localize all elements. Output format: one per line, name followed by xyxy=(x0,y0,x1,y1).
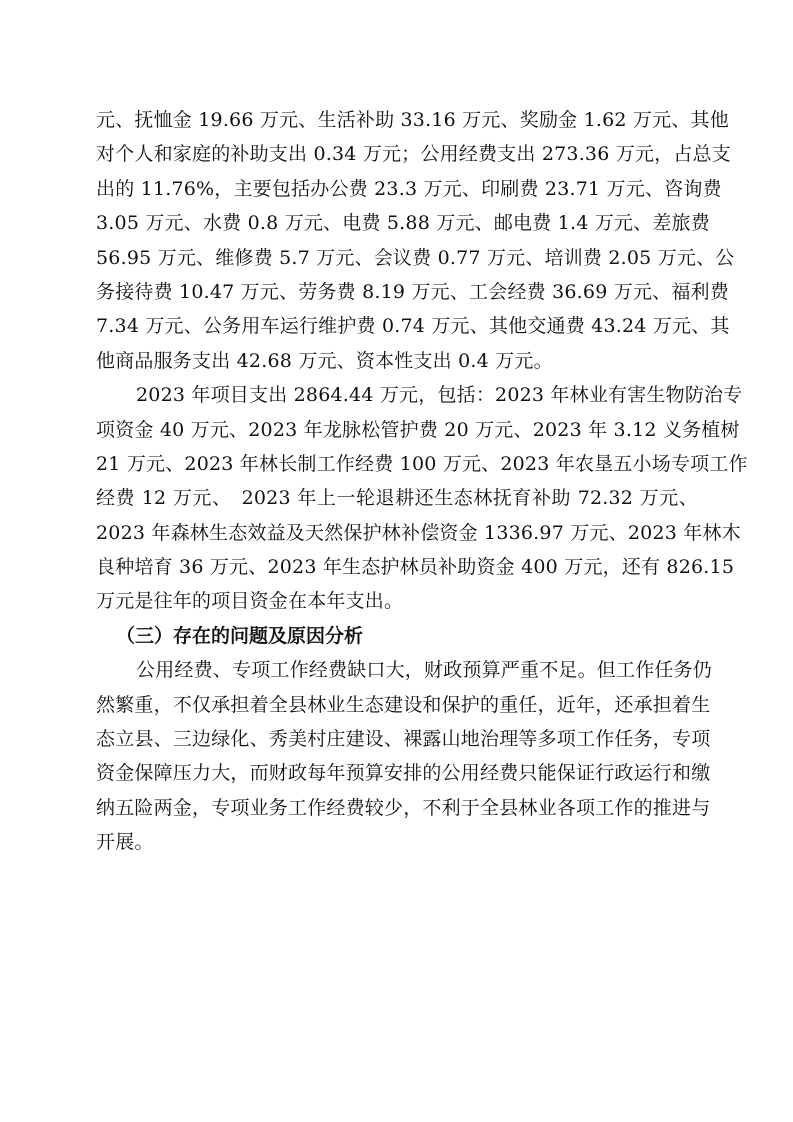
text-line: 公用经费、专项工作经费缺口大，财政预算严重不足。但工作任务仍 xyxy=(96,653,698,687)
text-line: 开展。 xyxy=(96,825,698,859)
paragraph-public-expenses: 元、抚恤金 19.66 万元、生活补助 33.16 万元、奖励金 1.62 万元… xyxy=(96,103,698,378)
text-line: 态立县、三边绿化、秀美村庄建设、裸露山地治理等多项工作任务，专项 xyxy=(96,722,698,756)
text-line: 资金保障压力大，而财政每年预算安排的公用经费只能保证行政运行和缴 xyxy=(96,756,698,790)
text-line: 良种培育 36 万元、2023 年生态护林员补助资金 400 万元，还有 826… xyxy=(96,550,698,584)
text-line: 他商品服务支出 42.68 万元、资本性支出 0.4 万元。 xyxy=(96,344,698,378)
text-line: 万元是往年的项目资金在本年支出。 xyxy=(96,584,698,618)
text-line: 纳五险两金，专项业务工作经费较少，不利于全县林业各项工作的推进与 xyxy=(96,791,698,825)
text-line: 2023 年森林生态效益及天然保护林补偿资金 1336.97 万元、2023 年… xyxy=(96,516,698,550)
text-line: 务接待费 10.47 万元、劳务费 8.19 万元、工会经费 36.69 万元、… xyxy=(96,275,698,309)
text-line: 2023 年项目支出 2864.44 万元，包括：2023 年林业有害生物防治专 xyxy=(96,378,698,412)
text-line: 56.95 万元、维修费 5.7 万元、会议费 0.77 万元、培训费 2.05… xyxy=(96,241,698,275)
text-line: 出的 11.76%，主要包括办公费 23.3 万元、印刷费 23.71 万元、咨… xyxy=(96,172,698,206)
text-line: 21 万元、2023 年林长制工作经费 100 万元、2023 年农垦五小场专项… xyxy=(96,447,698,481)
text-line: 对个人和家庭的补助支出 0.34 万元；公用经费支出 273.36 万元，占总支 xyxy=(96,137,698,171)
text-line: 项资金 40 万元、2023 年龙脉松管护费 20 万元、2023 年 3.12… xyxy=(96,413,698,447)
text-line: 3.05 万元、水费 0.8 万元、电费 5.88 万元、邮电费 1.4 万元、… xyxy=(96,206,698,240)
text-line: 经费 12 万元、 2023 年上一轮退耕还生态林抚育补助 72.32 万元、 xyxy=(96,481,698,515)
document-page: 元、抚恤金 19.66 万元、生活补助 33.16 万元、奖励金 1.62 万元… xyxy=(96,103,698,860)
text-line: 然繁重，不仅承担着全县林业生态建设和保护的重任，近年，还承担着生 xyxy=(96,688,698,722)
text-line: 元、抚恤金 19.66 万元、生活补助 33.16 万元、奖励金 1.62 万元… xyxy=(96,103,698,137)
paragraph-project-expenditure: 2023 年项目支出 2864.44 万元，包括：2023 年林业有害生物防治专… xyxy=(96,378,698,619)
text-line: 7.34 万元、公务用车运行维护费 0.74 万元、其他交通费 43.24 万元… xyxy=(96,309,698,343)
paragraph-problems-analysis: 公用经费、专项工作经费缺口大，财政预算严重不足。但工作任务仍 然繁重，不仅承担着… xyxy=(96,653,698,859)
section-heading: （三）存在的问题及原因分析 xyxy=(96,619,698,653)
